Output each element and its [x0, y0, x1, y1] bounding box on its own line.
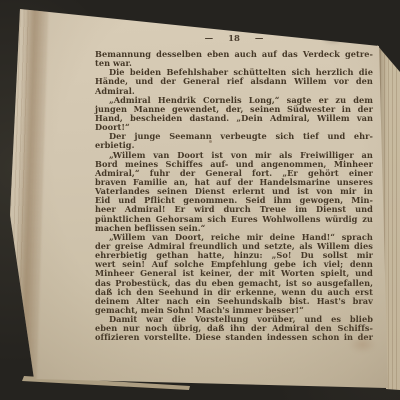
book-page: — 18 — BemannungdesselbenebenauchaufdasV… — [0, 0, 400, 400]
page-vignette — [0, 0, 400, 400]
photo-background: — 18 — BemannungdesselbenebenauchaufdasV… — [0, 0, 400, 400]
